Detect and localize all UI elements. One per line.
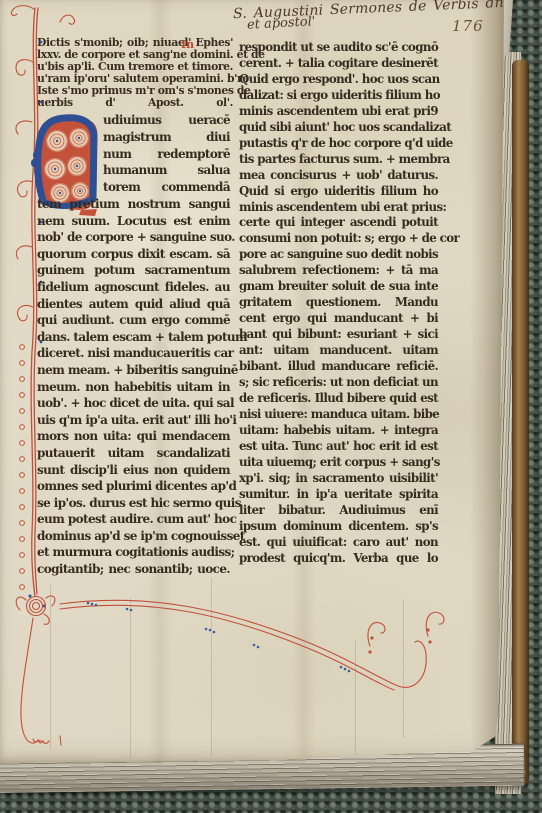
text-line: uitam: habebis uitam. + integra (239, 423, 438, 439)
text-line: uerbis d' Apost. ol'. (37, 97, 233, 109)
text-line: se ip'os. durus est hic sermo quis (37, 495, 230, 512)
text-line: xp'i. siq; in sacramento uisibilit' (239, 471, 438, 487)
text-line: mea concisurus + uob' daturus. (239, 168, 438, 184)
text-line: nob' de corpore + sanguine suo. (37, 229, 230, 246)
text-line: pore ac sanguine suo dedit nobis (239, 247, 438, 263)
text-line: respondit ut se audito sc'ē cognō (239, 40, 438, 56)
text-line: putastis q'r de hoc corpore q'd uide (239, 136, 438, 152)
text-line: prodest quicq'm. Verba que lo (239, 551, 438, 567)
text-line: diceret. nisi manducaueritis car (37, 345, 230, 362)
rubric-block: Dictis s'monib; oib; niuael' Ephes'lxxv.… (37, 37, 233, 108)
text-line: ant: uitam manducent. uitam (239, 343, 438, 359)
left-column: tem pretium nostrum sanguinem suum. Locu… (37, 196, 230, 578)
text-line: humanum salua (103, 162, 230, 179)
text-line: eum potest audire. cum aut' hoc (37, 511, 230, 528)
right-column: respondit ut se audito sc'ē cognōcerent.… (239, 40, 438, 566)
manuscript-photo: S. Augustini Sermones de Verbis dni et a… (0, 0, 542, 813)
text-line: de reficeris. Illud bibere quid est (239, 391, 438, 407)
text-line: cerent. + talia cogitare desinerēt (239, 56, 438, 72)
text-line: u'ram ip'oru' salutem operamini. b're (37, 73, 233, 85)
text-line: uis q'm ip'a uita. erit aut' illi ho'i (37, 412, 230, 429)
text-line: fidelium agnoscunt fideles. au (37, 279, 230, 296)
ruling-line (50, 585, 51, 750)
text-line: u'bis ap'li. Cum tremore et timore. (37, 61, 233, 73)
text-line: salubrem refectionem: + tā ma (239, 263, 438, 279)
page-edge-shadow (470, 0, 504, 764)
text-line: torem commendā (103, 179, 230, 196)
left-column-opening: udiuimus ueracēmagistrum diuinum redempt… (103, 112, 230, 196)
text-line: omnes sed plurimi dicentes ap'd (37, 478, 230, 495)
text-line: bant qui bibunt: esuriant + sici (239, 327, 438, 343)
text-line: quid sibi aiunt' hoc uos scandalizat (239, 120, 438, 136)
text-line: quorum corpus dixit escam. sā (37, 246, 230, 263)
text-line: liter bibatur. Audiuimus enī (239, 503, 438, 519)
text-line: guinem potum sacramentum (37, 262, 230, 279)
text-line: tis partes facturus sum. + membra (239, 152, 438, 168)
ruling-line (403, 600, 404, 738)
text-line: Quid ergo respond'. hoc uos scan (239, 72, 438, 88)
text-line: est uita. Tunc aut' hoc erit id est (239, 439, 438, 455)
text-line: sunt discip'li eius non quidem (37, 462, 230, 479)
text-line: dans. talem escam + talem potum (37, 329, 230, 346)
text-line: Iste s'mo primus m'r om's s'mones de (37, 85, 233, 97)
text-line: putauerit uitam scandalizati (37, 445, 230, 462)
text-line: uita uiuemq; erit corpus + sang's (239, 455, 438, 471)
text-line: mors non uita: qui mendacem (37, 428, 230, 445)
text-line: nem meam. + biberitis sanguinē (37, 362, 230, 379)
text-line: gritatem questionem. Mandu (239, 295, 438, 311)
text-line: udiuimus ueracē (103, 112, 230, 129)
text-line: consumi non potuit: s; ergo + de cor (239, 231, 438, 247)
ruling-line (130, 598, 131, 758)
text-line: dominus ap'd se ip'm cognouisset (37, 528, 230, 545)
text-line: certe qui integer ascendi potuit (239, 215, 438, 231)
text-line: qui audiunt. cum ergo commē (37, 312, 230, 329)
text-line: dalizat: si ergo uideritis filium ho (239, 88, 438, 104)
rubric-red-mark: In (181, 38, 194, 51)
text-line: ipsum dominum dicentem. sp's (239, 519, 438, 535)
folio-number: 176 (452, 17, 484, 35)
manuscript-page: S. Augustini Sermones de Verbis dni et a… (0, 0, 504, 764)
text-line: cent ergo qui manducant + bi (239, 311, 438, 327)
text-line: gnam breuiter soluit de sua inte (239, 279, 438, 295)
ruling-line (355, 640, 356, 755)
ruling-line (211, 578, 212, 756)
text-line: Quid si ergo uideritis filium ho (239, 184, 438, 200)
bottom-flourish-icon (0, 574, 460, 710)
text-line: meum. non habebitis uitam in (37, 379, 230, 396)
text-line: nisi uiuere: manduca uitam. bibe (239, 407, 438, 423)
text-line: bibant. illud manducare reficiē. (239, 359, 438, 375)
text-line: nem suum. Locutus est enim (37, 213, 230, 230)
text-line: dientes autem quid aliud quā (37, 296, 230, 313)
text-line: uob'. + hoc dicet de uita. qui sal (37, 395, 230, 412)
text-line: minis ascendentem ubi erat prius: (239, 200, 438, 216)
text-line: sumitur. in ip'a ueritate spirita (239, 487, 438, 503)
text-line: s; sic reficeris: ut non deficiat un (239, 375, 438, 391)
book-fore-edge (512, 60, 529, 786)
text-line: minis ascendentem ubi erat pri9 (239, 104, 438, 120)
text-line: est. qui uiuificat: caro aut' non (239, 535, 438, 551)
text-line: num redemptorē (103, 146, 230, 163)
text-line: et murmura cogitationis audiss; (37, 544, 230, 561)
text-line: magistrum diui (103, 129, 230, 146)
text-line: tem pretium nostrum sangui (37, 196, 230, 213)
